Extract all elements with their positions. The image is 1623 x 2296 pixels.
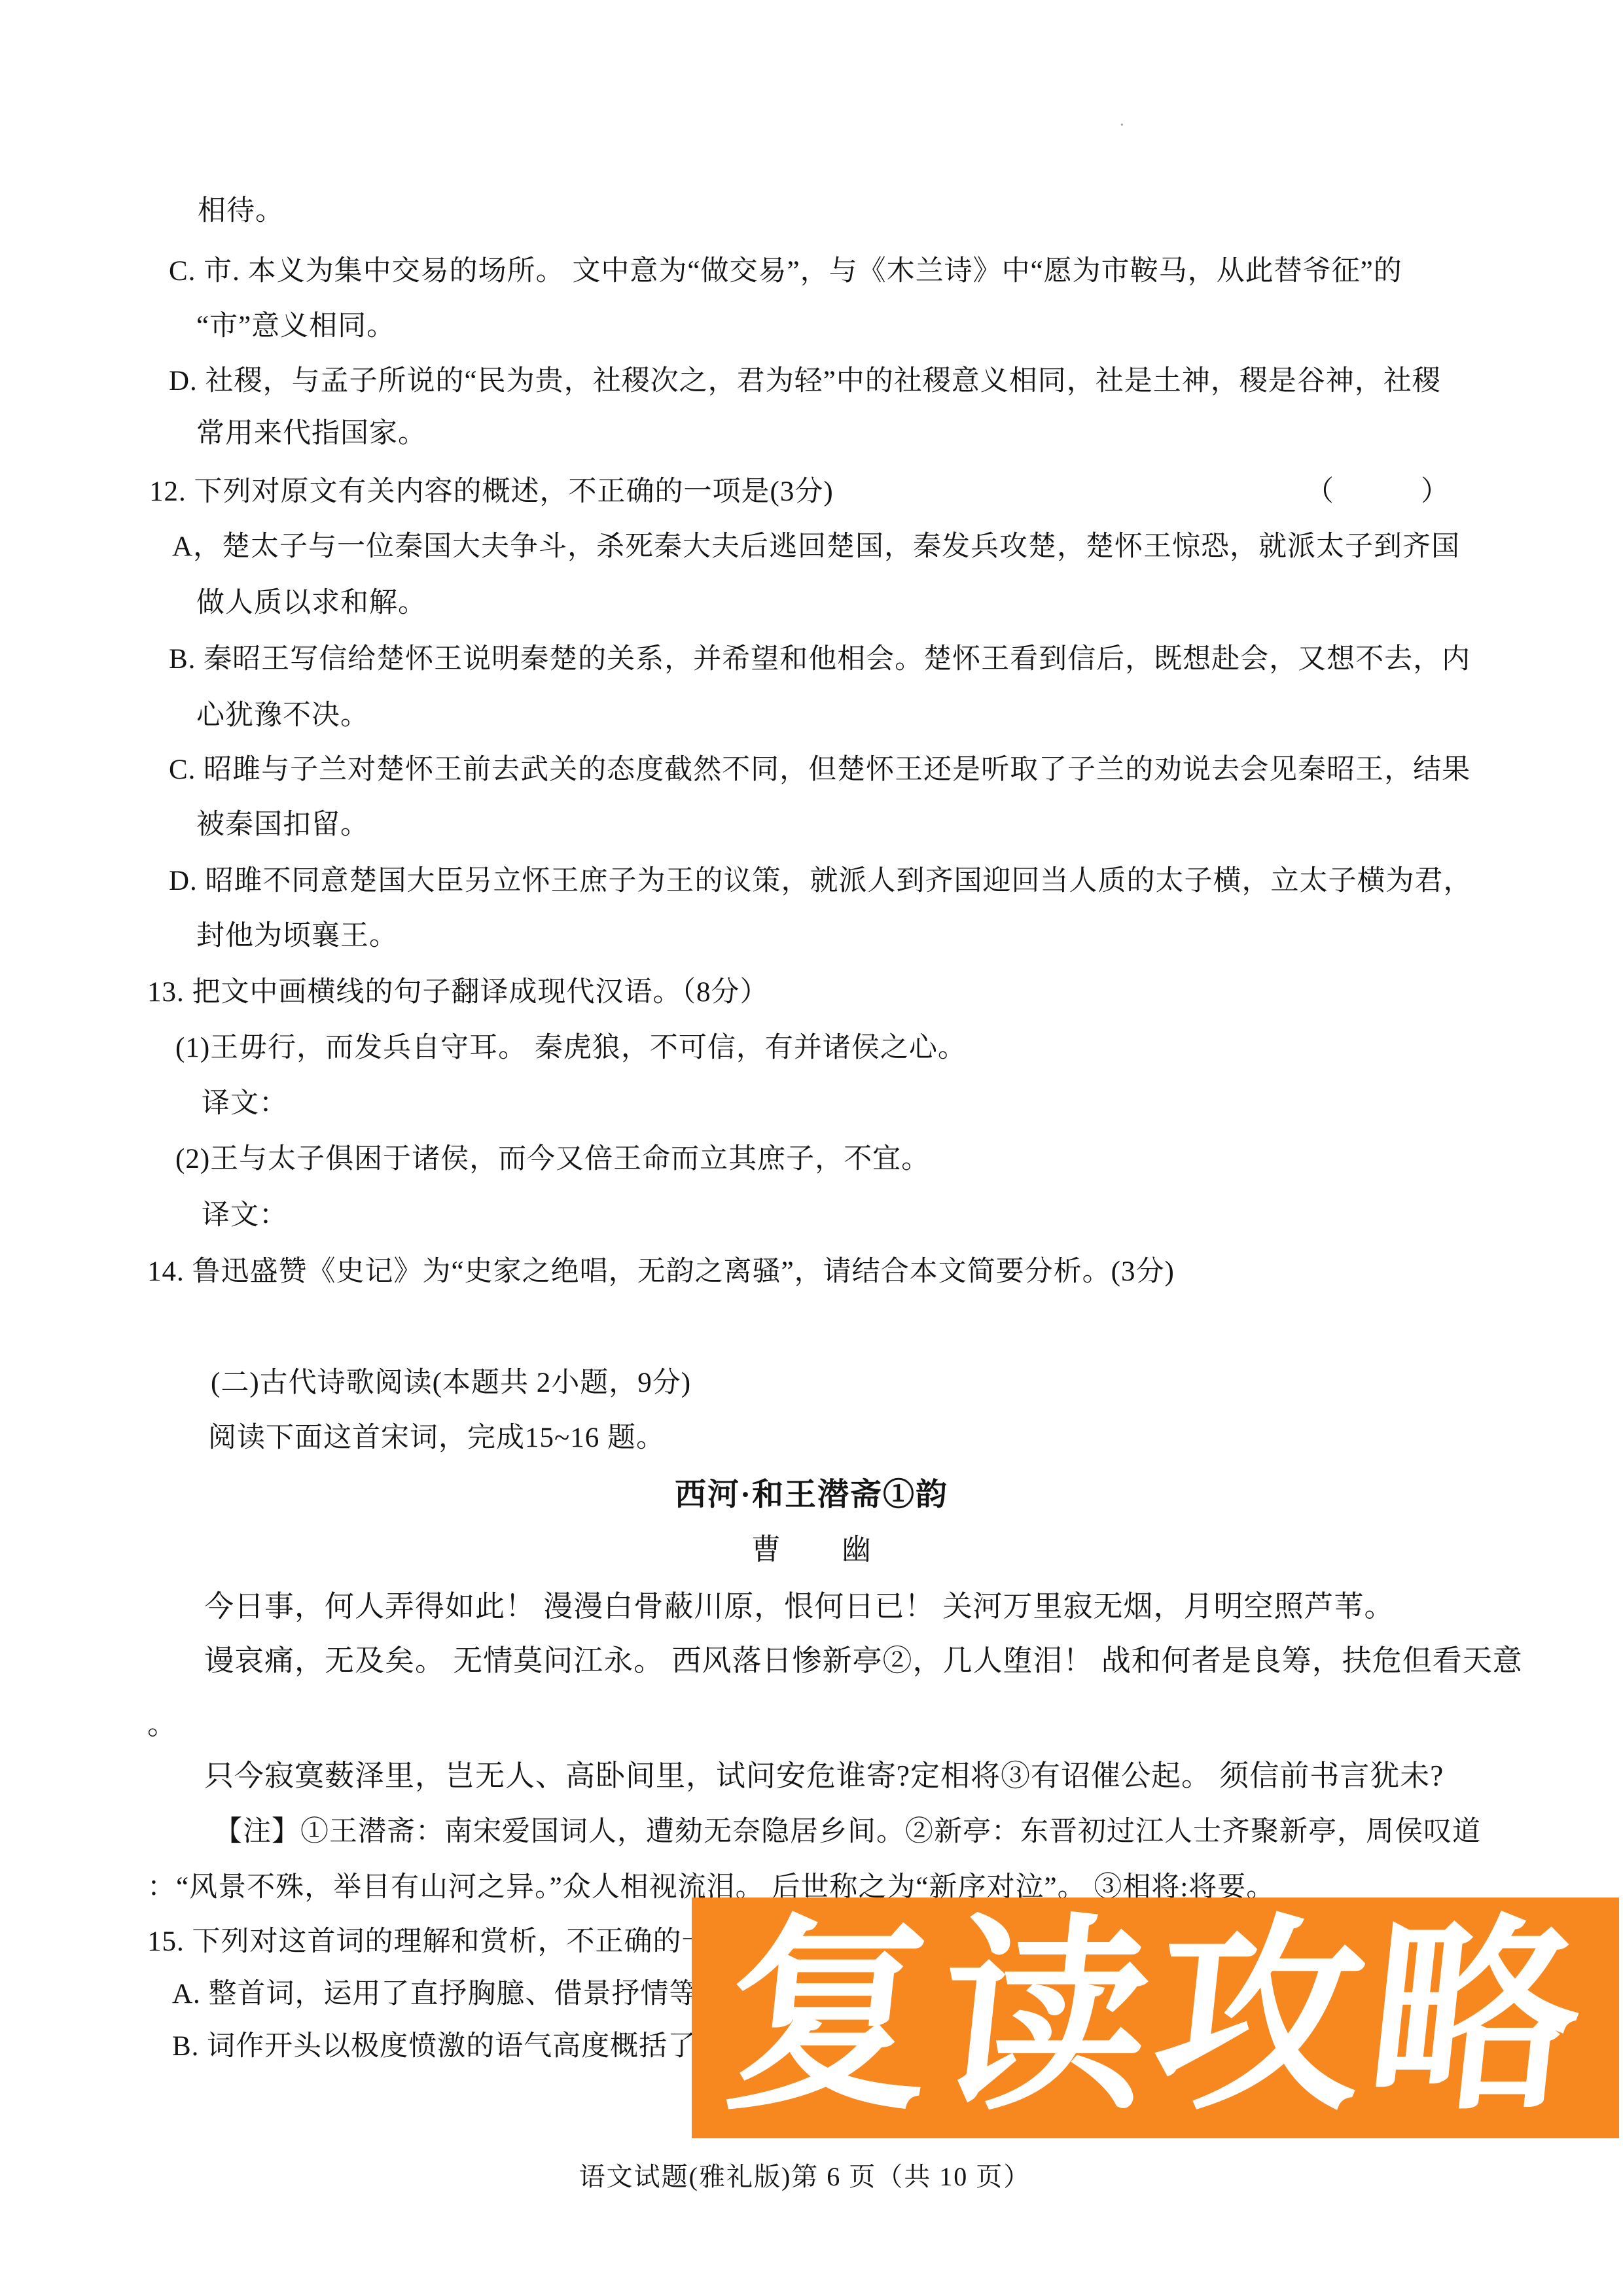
section-instruction: 阅读下面这首宋词，完成15~16 题。 bbox=[208, 1418, 665, 1458]
poem-line-2: 谩哀痛，无及矣。 无情莫问江永。 西风落日惨新亭②，几人堕泪！ 战和何者是良筹，… bbox=[204, 1640, 1523, 1681]
exam-paper-page: · 相待。C. 市. 本义为集中交易的场所。 文中意为“做交易”，与《木兰诗》中… bbox=[0, 0, 1623, 2296]
question-13-sentence-2: (2)王与太子俱困于诸侯，而今又倍王命而立其庶子，不宜。 bbox=[175, 1139, 930, 1180]
translation-label-1: 译文： bbox=[202, 1084, 288, 1124]
option-b-item12-tail: 心犹豫不决。 bbox=[196, 696, 369, 736]
poem-line-3: 只今寂寞薮泽里，岂无人、高卧间里，试问安危谁寄?定相将③有诏催公起。 须信前书言… bbox=[204, 1756, 1444, 1796]
question-12: 12. 下列对原文有关内容的概述，不正确的一项是(3分) bbox=[149, 472, 834, 512]
option-a-item15: A. 整首词，运用了直抒胸臆、借景抒情等 bbox=[172, 1974, 698, 2015]
option-d-item11-tail: 常用来代指国家。 bbox=[196, 414, 427, 454]
option-a-item12: A，楚太子与一位秦国大夫争斗，杀死秦大夫后逃回楚国，秦发兵攻楚，楚怀王惊恐，就派… bbox=[172, 527, 1460, 567]
question-14: 14. 鲁迅盛赞《史记》为“史家之绝唱，无韵之离骚”，请结合本文简要分析。(3分… bbox=[147, 1252, 1175, 1292]
poem-title: 西河·和王潜斋①韵 bbox=[0, 1475, 1623, 1515]
promo-banner: 复读攻略 bbox=[692, 1898, 1619, 2138]
translation-label-2: 译文： bbox=[202, 1195, 288, 1236]
option-c-item12: C. 昭雎与子兰对楚怀王前去武关的态度截然不同，但楚怀王还是听取了子兰的劝说去会… bbox=[169, 750, 1471, 790]
option-d-item11: D. 社稷，与孟子所说的“民为贵，社稷次之，君为轻”中的社稷意义相同，社是土神，… bbox=[169, 361, 1441, 402]
option-b-item15: B. 词作开头以极度愤激的语气高度概括了 bbox=[172, 2026, 696, 2067]
page-footer: 语文试题(雅礼版)第 6 页（共 10 页） bbox=[0, 2159, 1610, 2195]
option-c-item11-tail: “市”意义相同。 bbox=[196, 306, 395, 347]
poem-author: 曹 幽 bbox=[0, 1529, 1623, 1570]
option-b-item12: B. 秦昭王写信给楚怀王说明秦楚的关系，并希望和他相会。楚怀王看到信后，既想赴会… bbox=[169, 639, 1471, 680]
poem-line-1: 今日事，何人弄得如此！ 漫漫白骨蔽川原，恨何日已！ 关河万里寂无烟，月明空照芦苇… bbox=[204, 1586, 1395, 1627]
option-c-item12-tail: 被秦国扣留。 bbox=[196, 805, 369, 845]
poem-note: 【注】①王潜斋：南宋爱国词人，遭劾无奈隐居乡间。②新亭：东晋初过江人士齐聚新亭，… bbox=[214, 1812, 1481, 1852]
option-d-item12-tail: 封他为顷襄王。 bbox=[196, 916, 398, 957]
option-d-item12: D. 昭雎不同意楚国大臣另立怀王庶子为王的议策，就派人到齐国迎回当人质的太子横，… bbox=[169, 861, 1472, 902]
promo-banner-text: 复读攻略 bbox=[715, 1914, 1596, 2122]
question-12-answer-bracket: （ ） bbox=[1306, 472, 1450, 512]
question-13-sentence-1: (1)王毋行，而发兵自守耳。 秦虎狼，不可信，有并诸侯之心。 bbox=[175, 1028, 967, 1069]
poem-line-2-tail: 。 bbox=[147, 1704, 177, 1744]
line-c-option-tail: 相待。 bbox=[198, 191, 284, 232]
option-a-item12-tail: 做人质以求和解。 bbox=[196, 583, 427, 624]
question-13: 13. 把文中画横线的句子翻译成现代汉语。（8分） bbox=[147, 972, 769, 1013]
section-heading: (二)古代诗歌阅读(本题共 2小题，9分) bbox=[211, 1363, 691, 1404]
question-15: 15. 下列对这首词的理解和赏析，不正确的一 bbox=[147, 1922, 711, 1962]
option-c-item11: C. 市. 本义为集中交易的场所。 文中意为“做交易”，与《木兰诗》中“愿为市鞍… bbox=[169, 251, 1402, 292]
stray-ink-mark: · bbox=[1119, 115, 1125, 135]
